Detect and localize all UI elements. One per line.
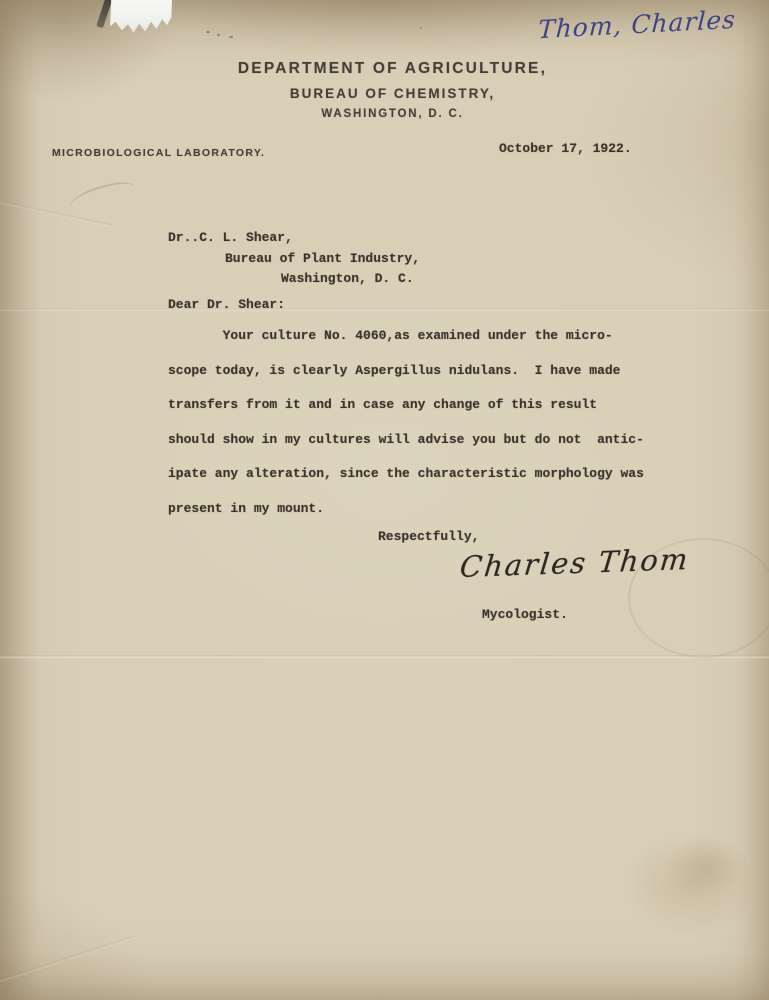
faint-pencil-scribble	[66, 178, 141, 222]
recipient-city: Washington, D. C.	[281, 271, 414, 286]
body-line: transfers from it and in case any change…	[168, 397, 644, 432]
body-line: scope today, is clearly Aspergillus nidu…	[168, 363, 644, 398]
valediction: Respectfully,	[378, 529, 479, 544]
letter-scan: Thom, Charles DEPARTMENT OF AGRICULTURE,…	[0, 0, 769, 1000]
office-name: MICROBIOLOGICAL LABORATORY.	[52, 147, 265, 159]
handwritten-annotation: Thom, Charles	[537, 5, 736, 44]
body-line: ipate any alteration, since the characte…	[168, 466, 644, 501]
fold-crease-upper	[0, 308, 769, 312]
pencil-speck	[206, 31, 210, 33]
pencil-speck	[229, 36, 233, 38]
fold-crease-lower	[0, 655, 769, 659]
pencil-speck	[419, 27, 422, 29]
letterhead-department: DEPARTMENT OF AGRICULTURE,	[8, 60, 769, 78]
body-line: should show in my cultures will advise y…	[168, 432, 644, 467]
recipient-org: Bureau of Plant Industry,	[225, 251, 420, 266]
salutation: Dear Dr. Shear:	[168, 297, 285, 312]
letterhead-bureau: BUREAU OF CHEMISTRY,	[8, 86, 769, 101]
torn-tape-fragment	[110, 0, 172, 33]
corner-crease	[0, 935, 137, 984]
letter-date: October 17, 1922.	[499, 141, 632, 156]
letterhead-city: WASHINGTON, D. C.	[8, 108, 769, 120]
body-line: Your culture No. 4060,as examined under …	[168, 328, 644, 363]
signer-title: Mycologist.	[482, 607, 568, 622]
letter-body: Your culture No. 4060,as examined under …	[168, 328, 644, 536]
recipient-name: Dr..C. L. Shear,	[168, 230, 293, 245]
pencil-speck	[217, 34, 220, 36]
